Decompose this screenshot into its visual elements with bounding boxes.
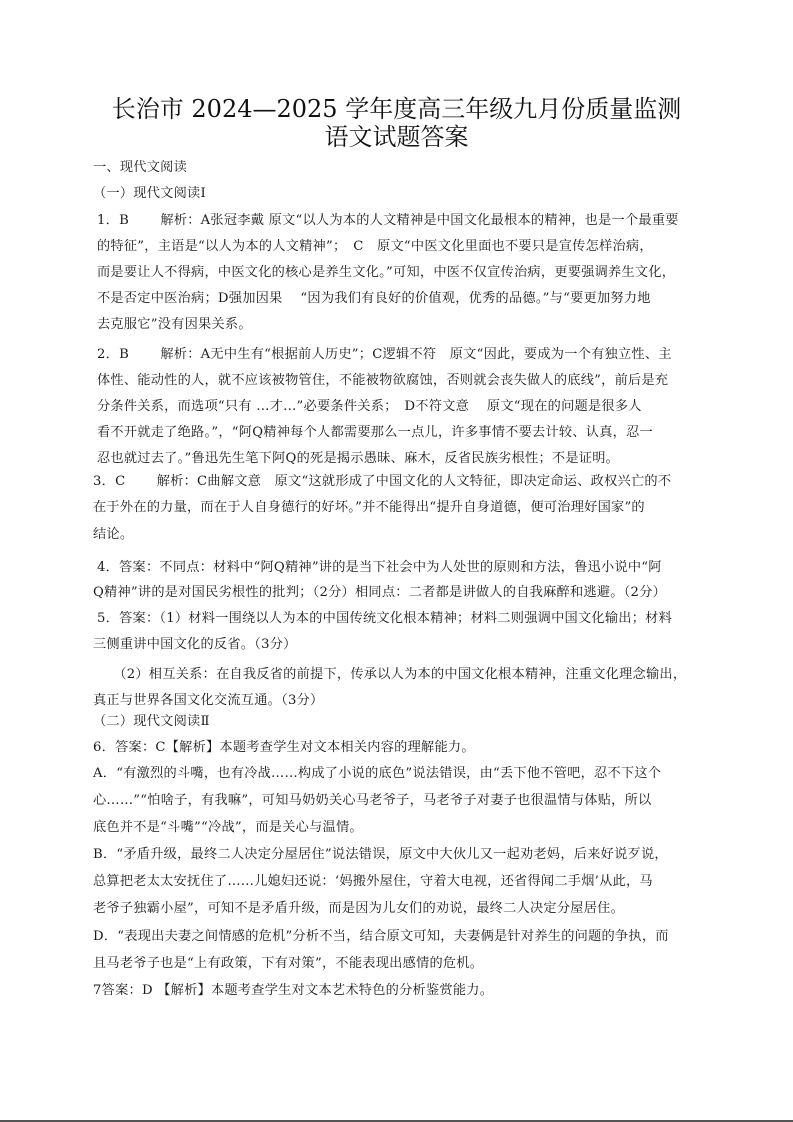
text-line: 忍也就过去了。”鲁迅先生笔下阿Q的死是揭示愚昧、麻木，反省民族劣根性；不是证明。 xyxy=(97,451,619,467)
text-line: 且马老爷子也是“上有政策，下有对策”，不能表现出感情的危机。 xyxy=(93,956,483,972)
text-line: D．“表现出夫妻之间情感的危机”分析不当，结合原文可知，夫妻俩是针对养生的问题的… xyxy=(93,929,669,945)
text-line: 1．B 解析：A张冠李戴 原文“以人为本的人文精神是中国文化最根本的精神，也是一… xyxy=(97,213,679,229)
text-line: 7答案：D 【解析】本题考查学生对文本艺术特色的分析鉴赏能力。 xyxy=(93,983,493,999)
text-line: 6．答案：C【解析】本题考查学生对文本相关内容的理解能力。 xyxy=(93,740,475,756)
text-line: 看不开就走了绝路。”，“阿Q精神每个人都需要那么一点儿，许多事情不要去计较、认真… xyxy=(97,425,653,441)
text-line: 三侧重讲中国文化的反省。（3分） xyxy=(93,637,297,653)
text-line: 分条件关系，而选项“只有 …才…”必要条件关系； D不符文意 原文“现在的问题是… xyxy=(97,399,642,415)
text-line: 4．答案：不同点：材料中“阿Q精神”讲的是当下社会中为人处世的原则和方法，鲁迅小… xyxy=(97,560,662,576)
text-line: （一）现代文阅读Ⅰ xyxy=(93,186,206,202)
text-line: 3．C 解析：C曲解文意 原文“这就形成了中国文化的人文特征，即决定命运、政权兴… xyxy=(93,474,671,490)
text-line: 体性、能动性的人，就不应该被物管住，不能被物欲腐蚀，否则就会丧失做人的底线”，前… xyxy=(97,373,668,389)
text-line: 心……”“怕啥子，有我嘛”，可知马奶奶关心马老爷子，马老爷子对妻子也很温情与体贴… xyxy=(93,793,651,809)
text-line: 总算把老太太安抚住了……儿媳妇还说：‘妈搬外屋住，守着大电视，还省得闻二手烟’从… xyxy=(93,874,653,890)
document-subtitle: 语文试题答案 xyxy=(0,123,793,151)
text-line: 一、现代文阅读 xyxy=(93,160,187,176)
text-line: 而是要让人不得病，中医文化的核心是养生文化。”可知，中医不仅宣传治病，更要强调养… xyxy=(97,265,675,281)
text-line: A．“有激烈的斗嘴，也有冷战……构成了小说的底色”说法错误，由“丢下他不管吧，忍… xyxy=(93,766,661,782)
text-line: 不是否定中医治病；D强加因果 “因为我们有良好的价值观，优秀的品德。”与“要更加… xyxy=(97,291,651,307)
text-line: 在于外在的力量，而在于人自身德行的好坏。”并不能得出“提升自身道德，便可治理好国… xyxy=(93,500,645,516)
text-line: 老爷子独霸小屋”，可知不是矛盾升级，而是因为儿女们的劝说，最终二人决定分屋居住。 xyxy=(93,901,624,917)
text-line: Q精神”讲的是对国民劣根性的批判；（2分）相同点：二者都是讲做人的自我麻醉和逃避… xyxy=(93,585,666,601)
text-line: （二）现代文阅读Ⅱ xyxy=(93,714,210,730)
text-line: 底色并不是“斗嘴”“冷战”，而是关心与温情。 xyxy=(93,820,363,836)
text-line: 真正与世界各国文化交流互通。（3分） xyxy=(93,693,323,709)
text-line: 结论。 xyxy=(93,527,133,543)
text-line: B．“矛盾升级，最终二人决定分屋居住”说法错误，原文中大伙儿又一起劝老妈，后来好… xyxy=(93,847,668,863)
text-line: 2．B 解析：A无中生有“根据前人历史”；C逻辑不符 原文“因此，要成为一个有独… xyxy=(97,347,672,363)
text-line: （2）相互关系：在自我反省的前提下，传承以人为本的中国文化根本精神，注重文化理念… xyxy=(93,667,686,683)
text-line: 5．答案：（1）材料一围绕以人为本的中国传统文化根本精神；材料二则强调中国文化输… xyxy=(97,611,672,627)
document-title: 长治市 2024—2025 学年度高三年级九月份质量监测 xyxy=(0,95,793,123)
text-line: 去克服它”没有因果关系。 xyxy=(97,317,252,333)
text-line: 的特征”，主语是“以人为本的人文精神”； C 原文“中医文化里面也不要只是宣传怎… xyxy=(97,239,653,255)
